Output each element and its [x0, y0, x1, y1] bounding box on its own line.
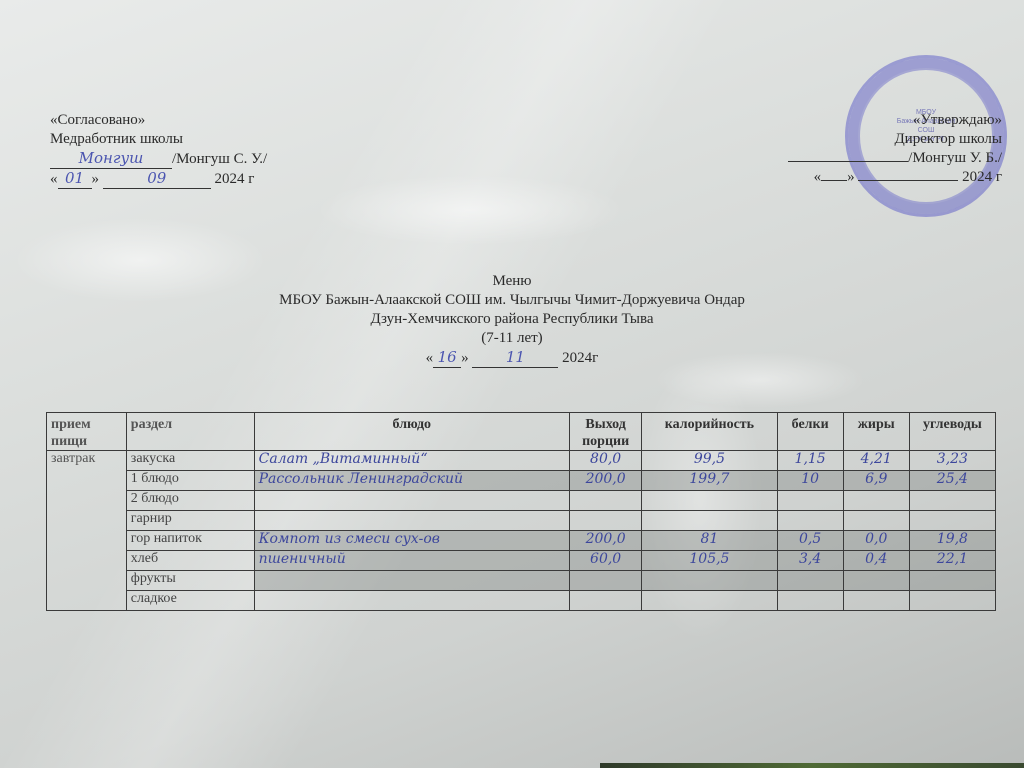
section-cell: гор напиток [126, 531, 254, 551]
approval-position: Медработник школы [50, 130, 267, 149]
header-protein: белки [777, 413, 843, 451]
output-cell [570, 491, 642, 511]
output-cell: 200,0 [570, 531, 642, 551]
menu-title: Меню [0, 272, 1024, 291]
approval-position: Директор школы [788, 130, 1002, 149]
calories-cell: 81 [642, 531, 777, 551]
signature: Монгуш [50, 149, 172, 169]
district-name: Дзун-Хемчикского района Республики Тыва [0, 310, 1024, 329]
background-edge [600, 763, 1024, 768]
approval-approved-block: «Утверждаю» Директор школы /Монгуш У. Б.… [788, 111, 1002, 187]
carbs-cell: 22,1 [909, 551, 995, 571]
protein-cell: 1,15 [777, 451, 843, 471]
header-output: Выход порции [570, 413, 642, 451]
approver-name: /Монгуш У. Б./ [908, 150, 1002, 166]
protein-cell [777, 491, 843, 511]
menu-month: 11 [472, 348, 558, 368]
approval-month: 09 [103, 169, 211, 189]
output-cell [570, 511, 642, 531]
section-cell: хлеб [126, 551, 254, 571]
carbs-cell: 19,8 [909, 531, 995, 551]
table-row: сладкое [47, 591, 996, 611]
fat-cell [843, 591, 909, 611]
table-row: 1 блюдоРассольник Ленинградский200,0199,… [47, 471, 996, 491]
dish-cell [254, 491, 569, 511]
table-row: хлебпшеничный60,0105,53,40,422,1 [47, 551, 996, 571]
signature-line [788, 161, 908, 162]
approval-day: 01 [58, 169, 92, 189]
dish-cell [254, 511, 569, 531]
table-row: 2 блюдо [47, 491, 996, 511]
protein-cell: 0,5 [777, 531, 843, 551]
protein-cell [777, 511, 843, 531]
section-cell: гарнир [126, 511, 254, 531]
approval-agreed-block: «Согласовано» Медработник школы Монгуш/М… [50, 111, 267, 189]
approval-year: 2024 г [962, 169, 1002, 185]
calories-cell [642, 571, 777, 591]
carbs-cell [909, 571, 995, 591]
fat-cell [843, 491, 909, 511]
dish-cell: Рассольник Ленинградский [254, 471, 569, 491]
section-cell: фрукты [126, 571, 254, 591]
menu-day: 16 [433, 348, 461, 368]
section-cell: сладкое [126, 591, 254, 611]
section-cell: 1 блюдо [126, 471, 254, 491]
menu-year: 2024г [562, 350, 598, 366]
approval-year: 2024 г [215, 171, 255, 187]
fat-cell: 4,21 [843, 451, 909, 471]
dish-cell [254, 571, 569, 591]
approval-heading: «Утверждаю» [788, 111, 1002, 130]
calories-cell [642, 511, 777, 531]
dish-cell: Компот из смеси сух-ов [254, 531, 569, 551]
menu-title-block: Меню МБОУ Бажын-Алаакской СОШ им. Чылгыч… [0, 272, 1024, 368]
header-carbs: углеводы [909, 413, 995, 451]
table-row: завтракзакускаСалат „Витаминный“80,099,5… [47, 451, 996, 471]
dish-cell: Салат „Витаминный“ [254, 451, 569, 471]
protein-cell: 10 [777, 471, 843, 491]
calories-cell: 99,5 [642, 451, 777, 471]
school-name: МБОУ Бажын-Алаакской СОШ им. Чылгычы Чим… [0, 291, 1024, 310]
dish-cell [254, 591, 569, 611]
fat-cell: 6,9 [843, 471, 909, 491]
section-cell: закуска [126, 451, 254, 471]
age-group: (7-11 лет) [0, 329, 1024, 348]
meal-cell: завтрак [47, 451, 127, 611]
output-cell: 80,0 [570, 451, 642, 471]
approval-month [858, 180, 958, 181]
protein-cell [777, 591, 843, 611]
carbs-cell [909, 511, 995, 531]
menu-date: «16» 11 2024г [0, 348, 1024, 368]
protein-cell [777, 571, 843, 591]
protein-cell: 3,4 [777, 551, 843, 571]
header-fat: жиры [843, 413, 909, 451]
output-cell: 200,0 [570, 471, 642, 491]
header-dish: блюдо [254, 413, 569, 451]
carbs-cell: 25,4 [909, 471, 995, 491]
section-cell: 2 блюдо [126, 491, 254, 511]
output-cell [570, 571, 642, 591]
table-row: фрукты [47, 571, 996, 591]
calories-cell: 105,5 [642, 551, 777, 571]
output-cell: 60,0 [570, 551, 642, 571]
approver-name: /Монгуш С. У./ [172, 151, 267, 167]
carbs-cell [909, 491, 995, 511]
calories-cell [642, 591, 777, 611]
fat-cell: 0,4 [843, 551, 909, 571]
carbs-cell: 3,23 [909, 451, 995, 471]
calories-cell: 199,7 [642, 471, 777, 491]
header-meal: прием пищи [47, 413, 127, 451]
fat-cell [843, 571, 909, 591]
output-cell [570, 591, 642, 611]
header-calories: калорийность [642, 413, 777, 451]
approval-heading: «Согласовано» [50, 111, 267, 130]
calories-cell [642, 491, 777, 511]
approval-day [821, 180, 847, 181]
header-section: раздел [126, 413, 254, 451]
carbs-cell [909, 591, 995, 611]
table-header-row: прием пищи раздел блюдо Выход порции кал… [47, 413, 996, 451]
table-row: гарнир [47, 511, 996, 531]
fat-cell [843, 511, 909, 531]
table-row: гор напитокКомпот из смеси сух-ов200,081… [47, 531, 996, 551]
dish-cell: пшеничный [254, 551, 569, 571]
menu-table: прием пищи раздел блюдо Выход порции кал… [46, 412, 996, 611]
fat-cell: 0,0 [843, 531, 909, 551]
